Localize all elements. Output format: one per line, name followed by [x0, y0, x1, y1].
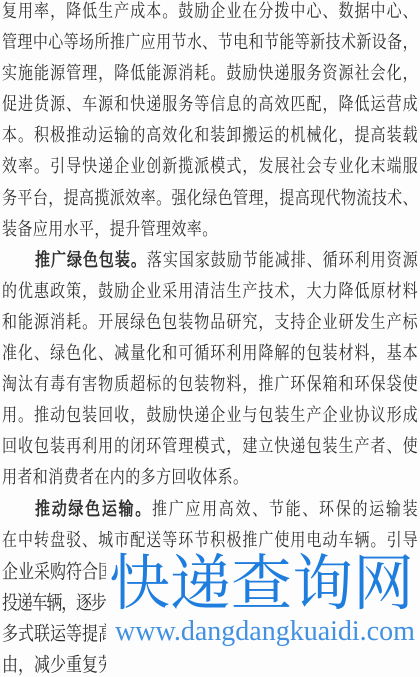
- paragraph-heading: 推广绿色包装。: [35, 251, 147, 271]
- watermark-site-url: www.dangdangkuaidi.com: [115, 617, 415, 647]
- paragraph-heading: 推动绿色运输。: [35, 500, 152, 520]
- watermark-site-name: 快递查询网: [109, 552, 420, 618]
- scanned-document-page: 复用率，降低生产成本。鼓励企业在分拨中心、数据中心、管理中心等场所推广应用节水、…: [0, 0, 420, 677]
